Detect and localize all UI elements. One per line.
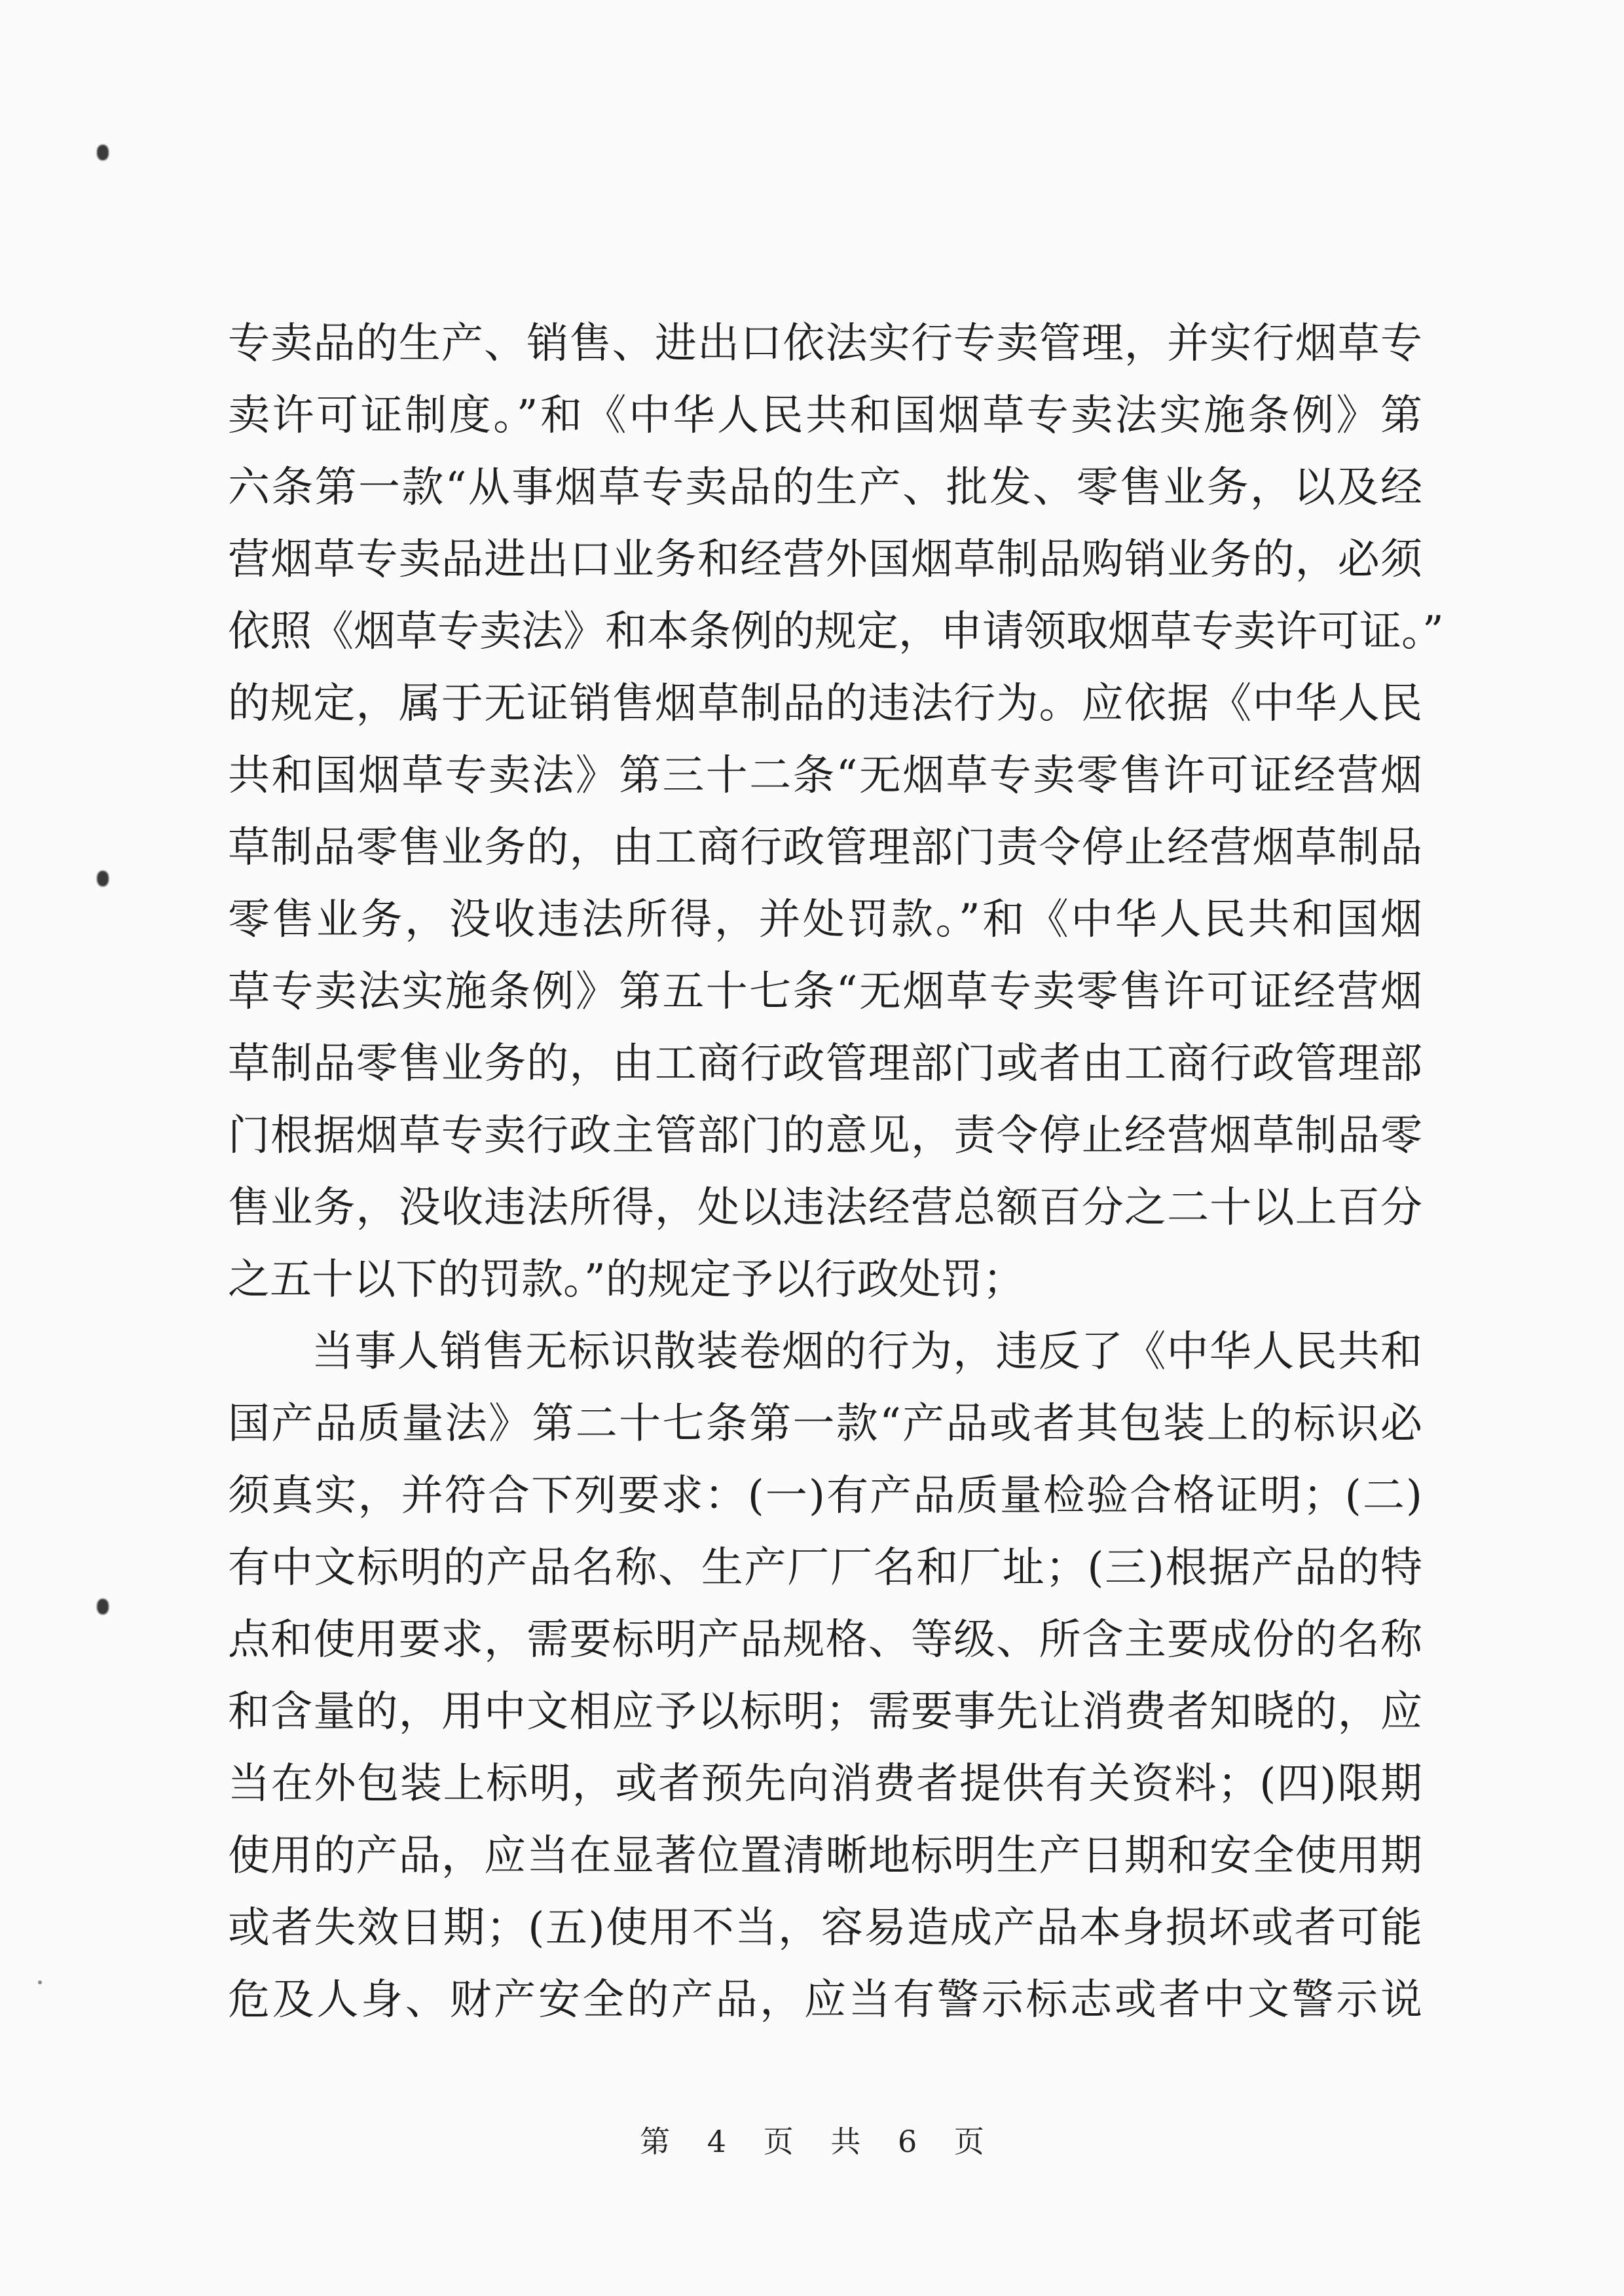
text-line: 依照《烟草专卖法》和本条例的规定，申请领取烟草专卖许可证。” xyxy=(228,596,1422,668)
text-line: 使用的产品，应当在显著位置清晰地标明生产日期和安全使用期 xyxy=(228,1820,1422,1892)
total-pages-number: 6 xyxy=(898,2124,917,2159)
text-line: 当在外包装上标明，或者预先向消费者提供有关资料；(四)限期 xyxy=(228,1748,1422,1820)
binding-hole-mark xyxy=(97,145,109,160)
binding-hole-mark xyxy=(97,1599,109,1614)
text-line: 之五十以下的罚款。”的规定予以行政处罚； xyxy=(228,1244,1422,1316)
text-line: 营烟草专卖品进出口业务和经营外国烟草制品购销业务的，必须 xyxy=(228,524,1422,596)
footer-total-label: 页 xyxy=(954,2124,984,2159)
page-number-footer: 第 4 页 共 6 页 xyxy=(0,2118,1624,2161)
text-line: 须真实，并符合下列要求：(一)有产品质量检验合格证明；(二) xyxy=(228,1460,1422,1532)
text-line: 危及人身、财产安全的产品，应当有警示标志或者中文警示说 xyxy=(228,1964,1422,2036)
body-text: 专卖品的生产、销售、进出口依法实行专卖管理，并实行烟草专 卖许可证制度。”和《中… xyxy=(228,308,1422,2036)
text-line: 共和国烟草专卖法》第三十二条“无烟草专卖零售许可证经营烟 xyxy=(228,740,1422,812)
text-line: 和含量的，用中文相应予以标明；需要事先让消费者知晓的，应 xyxy=(228,1676,1422,1748)
text-line: 门根据烟草专卖行政主管部门的意见，责令停止经营烟草制品零 xyxy=(228,1100,1422,1172)
text-line: 的规定，属于无证销售烟草制品的违法行为。应依据《中华人民 xyxy=(228,668,1422,740)
text-line: 草制品零售业务的，由工商行政管理部门或者由工商行政管理部 xyxy=(228,1028,1422,1100)
text-line: 卖许可证制度。”和《中华人民共和国烟草专卖法实施条例》第 xyxy=(228,380,1422,452)
text-line: 国产品质量法》第二十七条第一款“产品或者其包装上的标识必 xyxy=(228,1388,1422,1460)
footer-page-label: 页 xyxy=(764,2124,794,2159)
text-line: 点和使用要求，需要标明产品规格、等级、所含主要成份的名称 xyxy=(228,1604,1422,1676)
text-line: 当事人销售无标识散装卷烟的行为，违反了《中华人民共和 xyxy=(228,1316,1422,1388)
text-line: 售业务，没收违法所得，处以违法经营总额百分之二十以上百分 xyxy=(228,1172,1422,1244)
text-line: 草专卖法实施条例》第五十七条“无烟草专卖零售许可证经营烟 xyxy=(228,956,1422,1028)
scan-speck xyxy=(38,1980,42,1984)
text-line: 六条第一款“从事烟草专卖品的生产、批发、零售业务，以及经 xyxy=(228,452,1422,524)
text-line: 有中文标明的产品名称、生产厂厂名和厂址；(三)根据产品的特 xyxy=(228,1532,1422,1604)
current-page-number: 4 xyxy=(707,2124,726,2159)
text-line: 专卖品的生产、销售、进出口依法实行专卖管理，并实行烟草专 xyxy=(228,308,1422,380)
text-line: 草制品零售业务的，由工商行政管理部门责令停止经营烟草制品 xyxy=(228,812,1422,884)
document-page: 专卖品的生产、销售、进出口依法实行专卖管理，并实行烟草专 卖许可证制度。”和《中… xyxy=(0,0,1624,2296)
footer-total-prefix: 共 xyxy=(830,2124,860,2159)
footer-prefix: 第 xyxy=(640,2124,670,2159)
text-line: 零售业务，没收违法所得，并处罚款。”和《中华人民共和国烟 xyxy=(228,884,1422,956)
binding-hole-mark xyxy=(97,871,109,886)
text-line: 或者失效日期；(五)使用不当，容易造成产品本身损坏或者可能 xyxy=(228,1892,1422,1964)
